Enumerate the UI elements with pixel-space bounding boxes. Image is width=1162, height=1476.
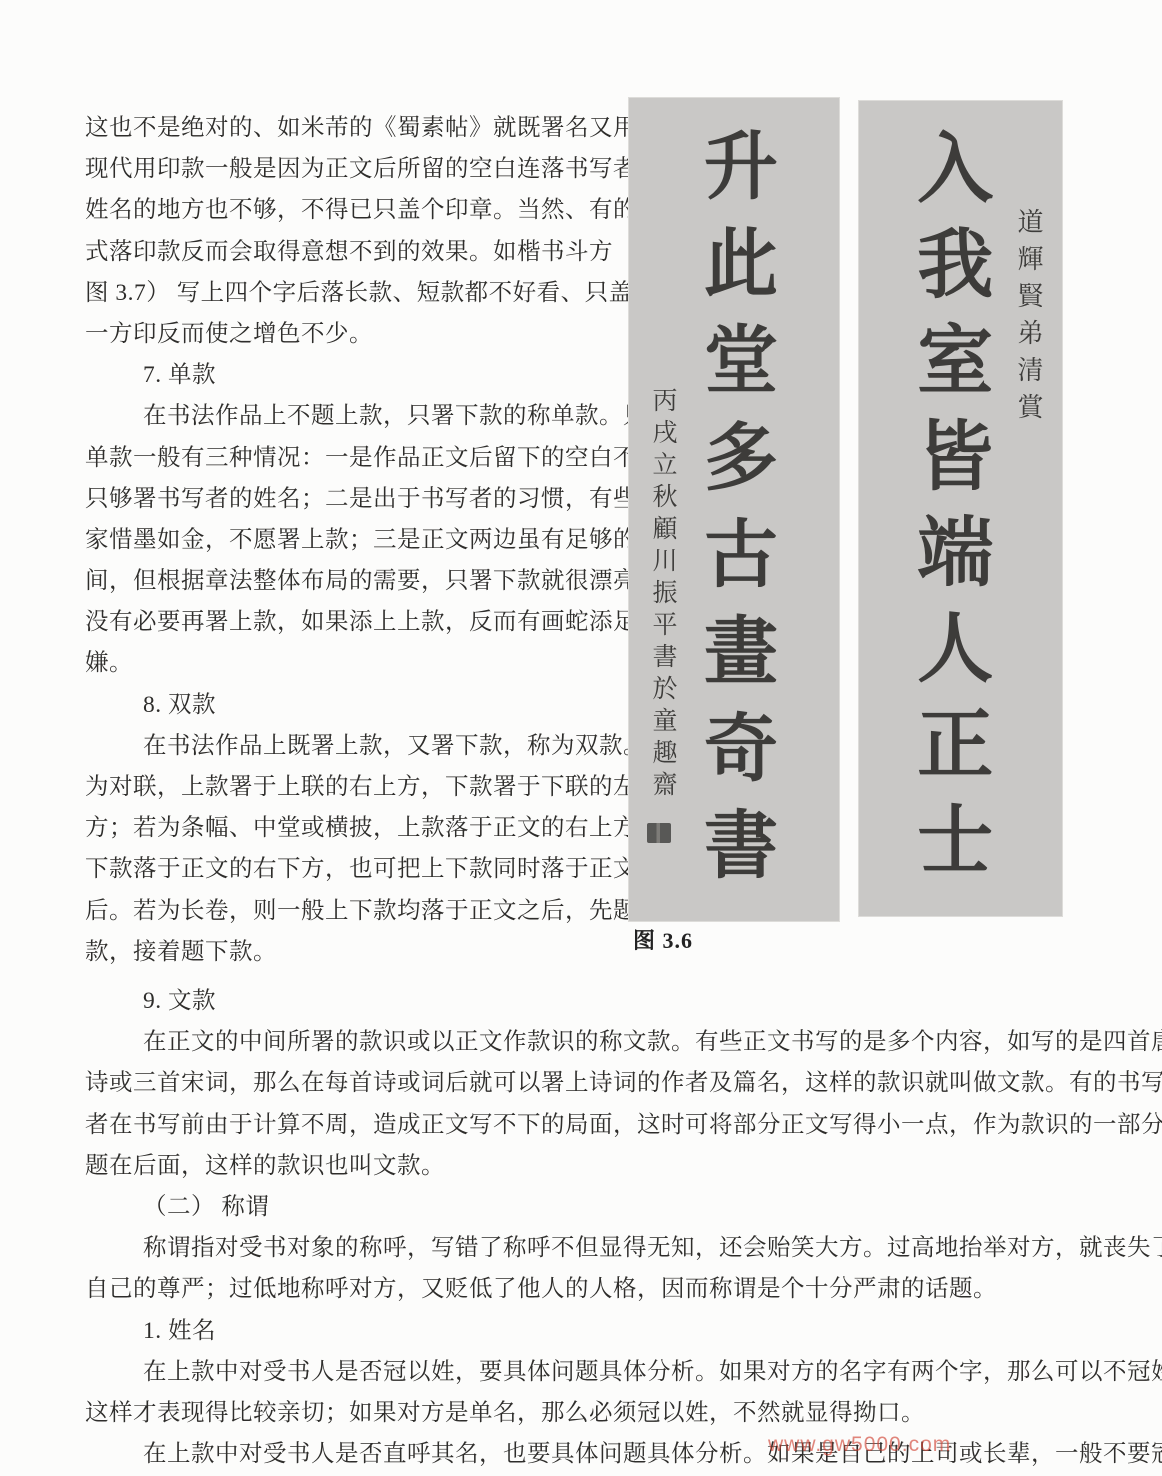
text-line: 这也不是绝对的、如米芾的《蜀素帖》就既署名又用印。 [85,108,625,149]
text-line: 只够署书写者的姓名；二是出于书写者的习惯，有些书 [85,479,625,520]
scroll-main-text: 入我室皆端人正士 [894,128,1003,896]
full-width-text-block: 9. 文款在正文的中间所署的款识或以正文作款识的称文款。有些正文书写的是多个内容… [85,981,1145,1475]
text-line: 式落印款反而会取得意想不到的效果。如楷书斗方（见 [85,232,625,273]
text-line: 家惜墨如金，不愿署上款；三是正文两边虽有足够的空 [85,520,625,561]
text-line: 一方印反而使之增色不少。 [85,314,625,355]
text-line: 嫌。 [85,643,625,684]
text-line: 这样才表现得比较亲切；如果对方是单名，那么必须冠以姓，不然就显得拗口。 [85,1393,1145,1434]
text-line: 姓名的地方也不够，不得已只盖个印章。当然、有的幅 [85,190,625,231]
text-line: （二） 称谓 [85,1187,1145,1228]
text-line: 题在后面，这样的款识也叫文款。 [85,1146,1145,1187]
book-page: 这也不是绝对的、如米芾的《蜀素帖》就既署名又用印。现代用印款一般是因为正文后所留… [0,0,1162,1476]
text-line: 现代用印款一般是因为正文后所留的空白连落书写者的 [85,149,625,190]
text-line: 者在书写前由于计算不周，造成正文写不下的局面，这时可将部分正文写得小一点，作为款… [85,1105,1145,1146]
text-line: 图 3.7） 写上四个字后落长款、短款都不好看、只盖上 [85,273,625,314]
text-line: 方；若为条幅、中堂或横披，上款落于正文的右上方， [85,808,625,849]
text-line: 在书法作品上既署上款，又署下款，称为双款。若 [85,726,625,767]
text-line: 没有必要再署上款，如果添上上款，反而有画蛇添足之 [85,602,625,643]
calligraphy-scroll-lower-couplet: 升此堂多古畫奇書 丙戌立秋顧川振平書於童趣齋 [628,97,840,922]
text-line: 8. 双款 [85,685,625,726]
text-line: 称谓指对受书对象的称呼，写错了称呼不但显得无知，还会贻笑大方。过高地抬举对方，就… [85,1228,1145,1269]
text-line: 在正文的中间所署的款识或以正文作款识的称文款。有些正文书写的是多个内容，如写的是… [85,1022,1145,1063]
seal-stamp-icon [647,823,671,843]
scroll-dedication-inscription: 道輝賢弟清賞 [1010,208,1047,430]
text-line: 为对联，上款署于上联的右上方，下款署于下联的左下 [85,767,625,808]
text-line: 下款落于正文的右下方，也可把上下款同时落于正文之 [85,849,625,890]
text-line: 间，但根据章法整体布局的需要，只署下款就很漂亮， [85,561,625,602]
figure-caption: 图 3.6 [633,924,693,955]
text-line: 9. 文款 [85,981,1145,1022]
text-line: 后。若为长卷，则一般上下款均落于正文之后，先题上 [85,891,625,932]
scroll-main-text: 升此堂多古畫奇書 [681,127,787,903]
text-line: 在上款中对受书人是否冠以姓，要具体问题具体分析。如果对方的名字有两个字，那么可以… [85,1352,1145,1393]
text-line: 款，接着题下款。 [85,932,625,973]
text-line: 1. 姓名 [85,1311,1145,1352]
text-line: 诗或三首宋词，那么在每首诗或词后就可以署上诗词的作者及篇名，这样的款识就叫做文款… [85,1063,1145,1104]
scroll-signature-inscription: 丙戌立秋顧川振平書於童趣齋 [644,387,680,803]
text-line: 在上款中对受书人是否直呼其名，也要具体问题具体分析。如果是自己的上司或长辈，一般… [85,1434,1145,1475]
text-line: 单款一般有三种情况：一是作品正文后留下的空白不多， [85,438,625,479]
calligraphy-scroll-upper-couplet: 入我室皆端人正士 道輝賢弟清賞 [858,100,1063,917]
left-text-column: 这也不是绝对的、如米芾的《蜀素帖》就既署名又用印。现代用印款一般是因为正文后所留… [85,108,625,973]
text-line: 7. 单款 [85,355,625,396]
text-line: 自己的尊严；过低地称呼对方，又贬低了他人的人格，因而称谓是个十分严肃的话题。 [85,1269,1145,1310]
text-line: 在书法作品上不题上款，只署下款的称单款。只署 [85,396,625,437]
